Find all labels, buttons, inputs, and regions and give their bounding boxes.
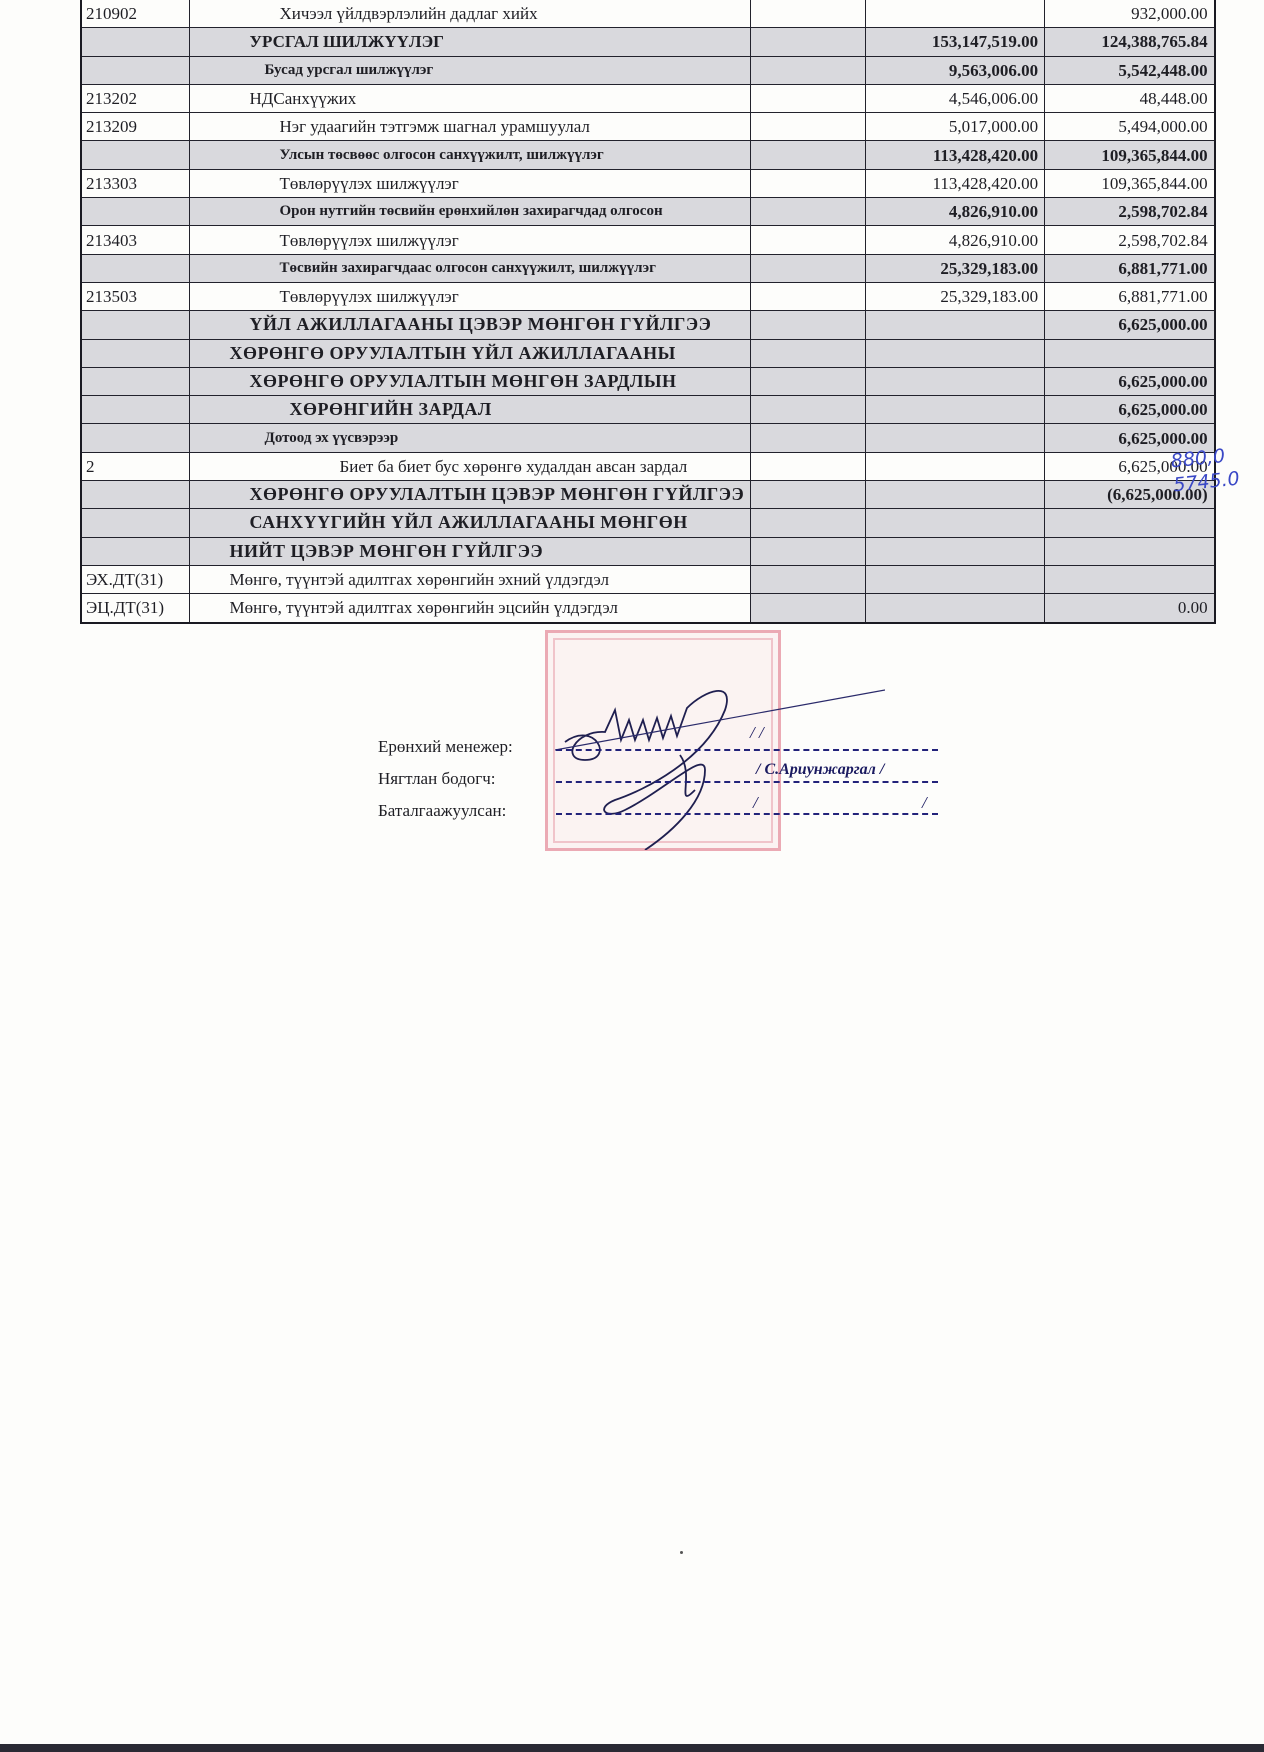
account-code-cell: 210902: [81, 0, 189, 28]
current-period-cell: [866, 565, 1045, 593]
description-cell: Мөнгө, түүнтэй адилтгах хөрөнгийн эцсийн…: [189, 594, 751, 623]
signature-row-accountant: Нягтлан бодогч: / С.Ариунжаргал /: [378, 757, 938, 789]
account-code-cell: 213303: [81, 169, 189, 197]
account-code-cell: [81, 254, 189, 282]
signature-line: [556, 781, 938, 783]
account-code-cell: [81, 198, 189, 226]
table-row: Бусад урсгал шилжүүлэг9,563,006.005,542,…: [81, 56, 1215, 84]
current-period-cell: 4,546,006.00: [866, 84, 1045, 112]
signature-line: [556, 813, 938, 815]
table-row: НИЙТ ЦЭВЭР МӨНГӨН ГҮЙЛГЭЭ: [81, 537, 1215, 565]
note-cell: [751, 84, 866, 112]
account-code-cell: [81, 367, 189, 395]
current-period-cell: 9,563,006.00: [866, 56, 1045, 84]
prior-period-cell: 932,000.00: [1045, 0, 1215, 28]
description-cell: ҮЙЛ АЖИЛЛАГААНЫ ЦЭВЭР МӨНГӨН ГҮЙЛГЭЭ: [189, 311, 751, 339]
cash-flow-table-body: 210902Хичээл үйлдвэрлэлийн дадлаг хийх93…: [81, 0, 1215, 623]
note-cell: [751, 396, 866, 424]
current-period-cell: [866, 481, 1045, 509]
slash-mark: / /: [750, 723, 764, 743]
table-row: 213209Нэг удаагийн тэтгэмж шагнал урамшу…: [81, 113, 1215, 141]
table-row: САНХҮҮГИЙН ҮЙЛ АЖИЛЛАГААНЫ МӨНГӨН: [81, 509, 1215, 537]
prior-period-cell: 6,881,771.00: [1045, 282, 1215, 310]
current-period-cell: 5,017,000.00: [866, 113, 1045, 141]
note-cell: [751, 226, 866, 254]
prior-period-cell: 2,598,702.84: [1045, 226, 1215, 254]
description-cell: ХӨРӨНГӨ ОРУУЛАЛТЫН ЦЭВЭР МӨНГӨН ГҮЙЛГЭЭ: [189, 481, 751, 509]
account-code-cell: 213209: [81, 113, 189, 141]
current-period-cell: [866, 311, 1045, 339]
description-cell: Улсын төсвөөс олгосон санхүүжилт, шилжүү…: [189, 141, 751, 169]
table-row: ХӨРӨНГӨ ОРУУЛАЛТЫН ҮЙЛ АЖИЛЛАГААНЫ: [81, 339, 1215, 367]
note-cell: [751, 424, 866, 452]
account-code-cell: [81, 481, 189, 509]
note-cell: [751, 481, 866, 509]
current-period-cell: [866, 339, 1045, 367]
note-cell: [751, 594, 866, 623]
current-period-cell: 153,147,519.00: [866, 28, 1045, 56]
note-cell: [751, 452, 866, 480]
signature-row-verified: Баталгаажуулсан: / /: [378, 789, 938, 821]
table-row: ХӨРӨНГИЙН ЗАРДАЛ6,625,000.00: [81, 396, 1215, 424]
current-period-cell: [866, 452, 1045, 480]
signature-block: Ерөнхий менежер: / / Нягтлан бодогч: / С…: [378, 725, 938, 821]
prior-period-cell: 6,625,000.00: [1045, 367, 1215, 395]
description-cell: Дотоод эх үүсвэрээр: [189, 424, 751, 452]
account-code-cell: 213202: [81, 84, 189, 112]
account-code-cell: 2: [81, 452, 189, 480]
signature-label: Нягтлан бодогч:: [378, 769, 556, 789]
description-cell: ХӨРӨНГӨ ОРУУЛАЛТЫН МӨНГӨН ЗАРДЛЫН: [189, 367, 751, 395]
note-cell: [751, 28, 866, 56]
account-code-cell: [81, 311, 189, 339]
account-code-cell: 213503: [81, 282, 189, 310]
current-period-cell: 25,329,183.00: [866, 282, 1045, 310]
description-cell: Төвлөрүүлэх шилжүүлэг: [189, 282, 751, 310]
table-row: 213403Төвлөрүүлэх шилжүүлэг4,826,910.002…: [81, 226, 1215, 254]
signature-label: Ерөнхий менежер:: [378, 737, 556, 757]
description-cell: НДСанхүүжих: [189, 84, 751, 112]
table-row: ЭХ.ДТ(31)Мөнгө, түүнтэй адилтгах хөрөнги…: [81, 565, 1215, 593]
scan-speck: [680, 1551, 683, 1554]
account-code-cell: [81, 141, 189, 169]
table-row: ҮЙЛ АЖИЛЛАГААНЫ ЦЭВЭР МӨНГӨН ГҮЙЛГЭЭ6,62…: [81, 311, 1215, 339]
description-cell: Төсвийн захирагчдаас олгосон санхүүжилт,…: [189, 254, 751, 282]
prior-period-cell: 5,542,448.00: [1045, 56, 1215, 84]
prior-period-cell: [1045, 537, 1215, 565]
description-cell: Мөнгө, түүнтэй адилтгах хөрөнгийн эхний …: [189, 565, 751, 593]
signature-row-manager: Ерөнхий менежер: / /: [378, 725, 938, 757]
note-cell: [751, 367, 866, 395]
account-code-cell: ЭЦ.ДТ(31): [81, 594, 189, 623]
description-cell: Төвлөрүүлэх шилжүүлэг: [189, 169, 751, 197]
note-cell: [751, 509, 866, 537]
prior-period-cell: 0.00: [1045, 594, 1215, 623]
current-period-cell: [866, 537, 1045, 565]
table-row: УРСГАЛ ШИЛЖҮҮЛЭГ153,147,519.00124,388,76…: [81, 28, 1215, 56]
prior-period-cell: [1045, 565, 1215, 593]
description-cell: ХӨРӨНГИЙН ЗАРДАЛ: [189, 396, 751, 424]
table-row: 210902Хичээл үйлдвэрлэлийн дадлаг хийх93…: [81, 0, 1215, 28]
description-cell: Орон нутгийн төсвийн ерөнхийлөн захирагч…: [189, 198, 751, 226]
prior-period-cell: 124,388,765.84: [1045, 28, 1215, 56]
current-period-cell: 113,428,420.00: [866, 169, 1045, 197]
description-cell: Нэг удаагийн тэтгэмж шагнал урамшуулал: [189, 113, 751, 141]
description-cell: Биет ба биет бус хөрөнгө худалдан авсан …: [189, 452, 751, 480]
description-cell: Хичээл үйлдвэрлэлийн дадлаг хийх: [189, 0, 751, 28]
current-period-cell: [866, 424, 1045, 452]
prior-period-cell: 109,365,844.00: [1045, 169, 1215, 197]
description-cell: Төвлөрүүлэх шилжүүлэг: [189, 226, 751, 254]
description-cell: УРСГАЛ ШИЛЖҮҮЛЭГ: [189, 28, 751, 56]
note-cell: [751, 282, 866, 310]
table-row: 213503Төвлөрүүлэх шилжүүлэг25,329,183.00…: [81, 282, 1215, 310]
current-period-cell: 4,826,910.00: [866, 226, 1045, 254]
note-cell: [751, 169, 866, 197]
current-period-cell: [866, 396, 1045, 424]
prior-period-cell: 6,625,000.00: [1045, 311, 1215, 339]
current-period-cell: [866, 509, 1045, 537]
scan-edge: [0, 1744, 1264, 1752]
table-row: Орон нутгийн төсвийн ерөнхийлөн захирагч…: [81, 198, 1215, 226]
current-period-cell: 25,329,183.00: [866, 254, 1045, 282]
note-cell: [751, 339, 866, 367]
account-code-cell: [81, 28, 189, 56]
table-row: ХӨРӨНГӨ ОРУУЛАЛТЫН ЦЭВЭР МӨНГӨН ГҮЙЛГЭЭ(…: [81, 481, 1215, 509]
description-cell: ХӨРӨНГӨ ОРУУЛАЛТЫН ҮЙЛ АЖИЛЛАГААНЫ: [189, 339, 751, 367]
cash-flow-table: 210902Хичээл үйлдвэрлэлийн дадлаг хийх93…: [80, 0, 1216, 624]
signature-label: Баталгаажуулсан:: [378, 801, 556, 821]
current-period-cell: 4,826,910.00: [866, 198, 1045, 226]
prior-period-cell: 6,881,771.00: [1045, 254, 1215, 282]
slash-mark: /: [922, 793, 927, 813]
note-cell: [751, 254, 866, 282]
prior-period-cell: 6,625,000.00: [1045, 396, 1215, 424]
table-row: ЭЦ.ДТ(31)Мөнгө, түүнтэй адилтгах хөрөнги…: [81, 594, 1215, 623]
prior-period-cell: [1045, 339, 1215, 367]
prior-period-cell: 5,494,000.00: [1045, 113, 1215, 141]
account-code-cell: [81, 339, 189, 367]
account-code-cell: [81, 56, 189, 84]
account-code-cell: ЭХ.ДТ(31): [81, 565, 189, 593]
signature-line: [556, 749, 938, 751]
prior-period-cell: 2,598,702.84: [1045, 198, 1215, 226]
accountant-name: / С.Ариунжаргал /: [756, 761, 884, 779]
description-cell: Бусад урсгал шилжүүлэг: [189, 56, 751, 84]
description-cell: САНХҮҮГИЙН ҮЙЛ АЖИЛЛАГААНЫ МӨНГӨН: [189, 509, 751, 537]
table-row: 2Биет ба биет бус хөрөнгө худалдан авсан…: [81, 452, 1215, 480]
current-period-cell: [866, 367, 1045, 395]
current-period-cell: 113,428,420.00: [866, 141, 1045, 169]
table-row: Төсвийн захирагчдаас олгосон санхүүжилт,…: [81, 254, 1215, 282]
table-row: ХӨРӨНГӨ ОРУУЛАЛТЫН МӨНГӨН ЗАРДЛЫН6,625,0…: [81, 367, 1215, 395]
note-cell: [751, 565, 866, 593]
table-row: Дотоод эх үүсвэрээр6,625,000.00: [81, 424, 1215, 452]
note-cell: [751, 537, 866, 565]
note-cell: [751, 113, 866, 141]
note-cell: [751, 56, 866, 84]
current-period-cell: [866, 0, 1045, 28]
handwritten-note: 880,0 5745.0: [1170, 443, 1241, 498]
account-code-cell: [81, 537, 189, 565]
account-code-cell: 213403: [81, 226, 189, 254]
table-row: 213202НДСанхүүжих4,546,006.0048,448.00: [81, 84, 1215, 112]
description-cell: НИЙТ ЦЭВЭР МӨНГӨН ГҮЙЛГЭЭ: [189, 537, 751, 565]
slash-mark: /: [753, 793, 758, 813]
note-cell: [751, 141, 866, 169]
table-row: Улсын төсвөөс олгосон санхүүжилт, шилжүү…: [81, 141, 1215, 169]
account-code-cell: [81, 509, 189, 537]
note-cell: [751, 311, 866, 339]
note-cell: [751, 198, 866, 226]
prior-period-cell: [1045, 509, 1215, 537]
prior-period-cell: 48,448.00: [1045, 84, 1215, 112]
table-row: 213303Төвлөрүүлэх шилжүүлэг113,428,420.0…: [81, 169, 1215, 197]
account-code-cell: [81, 396, 189, 424]
account-code-cell: [81, 424, 189, 452]
prior-period-cell: 109,365,844.00: [1045, 141, 1215, 169]
current-period-cell: [866, 594, 1045, 623]
note-cell: [751, 0, 866, 28]
